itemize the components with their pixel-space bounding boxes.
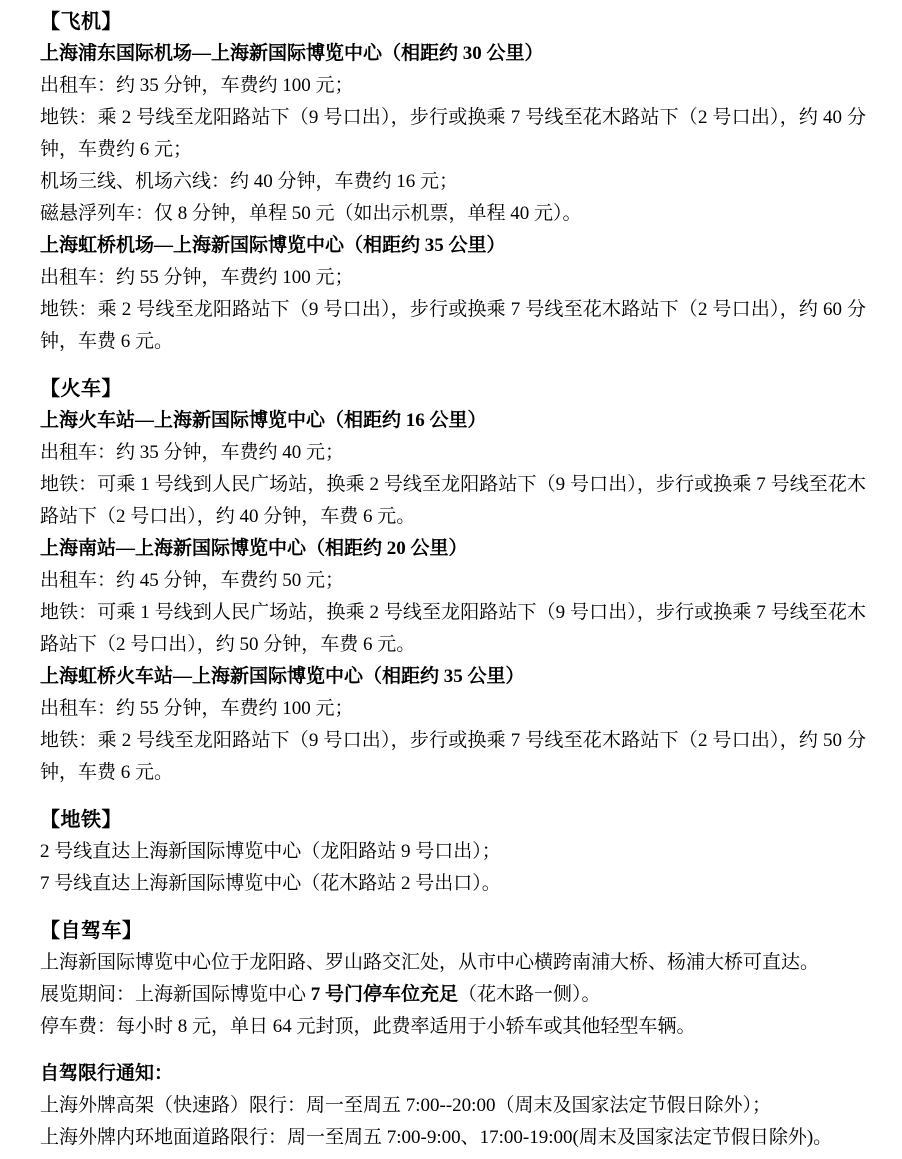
transport-guide-document: 【飞机】 上海浦东国际机场—上海新国际博览中心（相距约 30 公里） 出租车：约… <box>0 0 902 1159</box>
exhibition-parking-suffix: （花木路一侧）。 <box>458 984 601 1005</box>
line-metro: 地铁：乘 2 号线至龙阳路站下（9 号口出），步行或换乘 7 号线至花木路站下（… <box>40 102 866 166</box>
section-metro: 【地铁】 2 号线直达上海新国际博览中心（龙阳路站 9 号口出）； 7 号线直达… <box>40 804 866 900</box>
line-metro-line2: 2 号线直达上海新国际博览中心（龙阳路站 9 号口出）； <box>40 836 866 868</box>
route-title-hongqiao-railway-station: 上海虹桥火车站—上海新国际博览中心（相距约 35 公里） <box>40 661 866 693</box>
line-metro: 地铁：乘 2 号线至龙阳路站下（9 号口出），步行或换乘 7 号线至花木路站下（… <box>40 725 866 789</box>
route-block-hongqiao-airport: 上海虹桥机场—上海新国际博览中心（相距约 35 公里） 出租车：约 55 分钟，… <box>40 230 866 358</box>
section-heading-driving: 【自驾车】 <box>40 915 866 947</box>
line-maglev: 磁悬浮列车：仅 8 分钟，单程 50 元（如出示机票，单程 40 元）。 <box>40 198 866 230</box>
section-heading-train: 【火车】 <box>40 373 866 405</box>
route-title-pudong-airport: 上海浦东国际机场—上海新国际博览中心（相距约 30 公里） <box>40 38 866 70</box>
line-exhibition-parking: 展览期间：上海新国际博览中心 7 号门停车位充足（花木路一侧）。 <box>40 979 866 1011</box>
section-driving: 【自驾车】 上海新国际博览中心位于龙阳路、罗山路交汇处，从市中心横跨南浦大桥、杨… <box>40 915 866 1043</box>
route-title-hongqiao-airport: 上海虹桥机场—上海新国际博览中心（相距约 35 公里） <box>40 230 866 262</box>
section-airplane: 【飞机】 上海浦东国际机场—上海新国际博览中心（相距约 30 公里） 出租车：约… <box>40 6 866 358</box>
line-ground-road-restriction: 上海外牌内环地面道路限行：周一至周五 7:00-9:00、17:00-19:00… <box>40 1122 866 1154</box>
line-metro: 地铁：可乘 1 号线到人民广场站，换乘 2 号线至龙阳路站下（9 号口出），步行… <box>40 597 866 661</box>
section-restriction-notice: 自驾限行通知： 上海外牌高架（快速路）限行：周一至周五 7:00--20:00（… <box>40 1058 866 1154</box>
line-taxi: 出租车：约 35 分钟，车费约 40 元； <box>40 437 866 469</box>
route-block-pudong-airport: 上海浦东国际机场—上海新国际博览中心（相距约 30 公里） 出租车：约 35 分… <box>40 38 866 230</box>
line-metro-line7: 7 号线直达上海新国际博览中心（花木路站 2 号出口）。 <box>40 868 866 900</box>
line-airport-bus: 机场三线、机场六线：约 40 分钟，车费约 16 元； <box>40 166 866 198</box>
line-taxi: 出租车：约 55 分钟，车费约 100 元； <box>40 262 866 294</box>
restriction-notice-heading: 自驾限行通知： <box>40 1058 866 1090</box>
section-train: 【火车】 上海火车站—上海新国际博览中心（相距约 16 公里） 出租车：约 35… <box>40 373 866 789</box>
line-location: 上海新国际博览中心位于龙阳路、罗山路交汇处，从市中心横跨南浦大桥、杨浦大桥可直达… <box>40 947 866 979</box>
line-taxi: 出租车：约 35 分钟，车费约 100 元； <box>40 70 866 102</box>
section-heading-metro: 【地铁】 <box>40 804 866 836</box>
line-parking-fee: 停车费：每小时 8 元，单日 64 元封顶，此费率适用于小轿车或其他轻型车辆。 <box>40 1011 866 1043</box>
line-taxi: 出租车：约 45 分钟，车费约 50 元； <box>40 565 866 597</box>
route-block-hongqiao-railway-station: 上海虹桥火车站—上海新国际博览中心（相距约 35 公里） 出租车：约 55 分钟… <box>40 661 866 789</box>
route-block-shanghai-south-station: 上海南站—上海新国际博览中心（相距约 20 公里） 出租车：约 45 分钟，车费… <box>40 533 866 661</box>
exhibition-parking-prefix: 展览期间：上海新国际博览中心 <box>40 984 311 1005</box>
route-title-shanghai-south-station: 上海南站—上海新国际博览中心（相距约 20 公里） <box>40 533 866 565</box>
line-elevated-road-restriction: 上海外牌高架（快速路）限行：周一至周五 7:00--20:00（周末及国家法定节… <box>40 1090 866 1122</box>
route-block-shanghai-railway-station: 上海火车站—上海新国际博览中心（相距约 16 公里） 出租车：约 35 分钟，车… <box>40 405 866 533</box>
section-heading-airplane: 【飞机】 <box>40 6 866 38</box>
line-metro: 地铁：可乘 1 号线到人民广场站，换乘 2 号线至龙阳路站下（9 号口出），步行… <box>40 469 866 533</box>
exhibition-parking-bold: 7 号门停车位充足 <box>311 984 458 1005</box>
line-metro: 地铁：乘 2 号线至龙阳路站下（9 号口出），步行或换乘 7 号线至花木路站下（… <box>40 294 866 358</box>
route-title-shanghai-railway-station: 上海火车站—上海新国际博览中心（相距约 16 公里） <box>40 405 866 437</box>
line-taxi: 出租车：约 55 分钟，车费约 100 元； <box>40 693 866 725</box>
